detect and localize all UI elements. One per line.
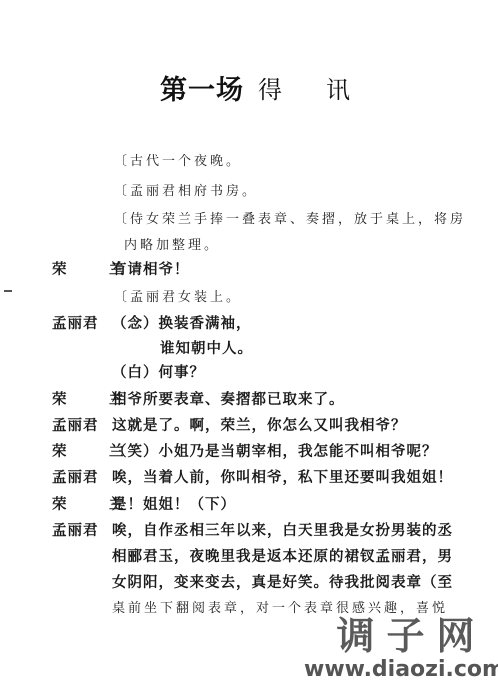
stage-direction: 〔孟丽君相府书房。 [114,180,258,199]
margin-mark [4,290,12,292]
dialogue-text: 是！姐姐！（下） [112,493,236,514]
dialogue-text: 有请相爷！ [112,258,190,279]
dialogue-text: 相郦君玉，夜晚里我是返本还原的裙钗孟丽君，男 [112,545,453,566]
stage-direction: 〔孟丽君女装上。 [114,286,242,305]
dialogue-text: 女阴阳，变来变去，真是好笑。待我批阅表章（至 [112,571,453,592]
watermark: 调子网 www.diaozi.com [318,614,498,682]
stage-direction: 内略加整理。 [124,234,220,253]
speaker-label: 孟丽君 [52,312,99,333]
dialogue-text: （笑）小姐乃是当朝宰相，我怎能不叫相爷呢？ [112,440,438,461]
title-word-2: 讯 [326,70,351,105]
watermark-url: www.diaozi.com [304,658,498,682]
watermark-chinese: 调子网 [318,614,498,658]
dialogue-text: 谁知朝中人。 [160,337,253,358]
dialogue-text: 唉，当着人前，你叫相爷，私下里还要叫我姐姐！ [112,466,453,487]
stage-direction: 〔古代一个夜晚。 [114,150,242,169]
dialogue-text: 相爷所要表章、奏摺都已取来了。 [112,388,345,409]
dialogue-text: （念）换装香满袖， [112,312,252,333]
page-title: 第一场 得 讯 [160,68,244,107]
speaker-label: 孟丽君 [52,466,99,487]
stage-direction: 〔侍女荣兰手捧一叠表章、奏摺，放于桌上，将房 [114,208,466,227]
dialogue-text: 唉，自作丞相三年以来，白天里我是女扮男装的丞 [112,519,453,540]
speaker-label: 孟丽君 [52,414,99,435]
title-scene: 第一场 [160,75,244,106]
speaker-label: 孟丽君 [52,519,99,540]
dialogue-text: （白）何事？ [112,361,205,382]
dialogue-text: 这就是了。啊，荣兰，你怎么又叫我相爷？ [112,414,407,435]
title-word-1: 得 [258,70,283,105]
